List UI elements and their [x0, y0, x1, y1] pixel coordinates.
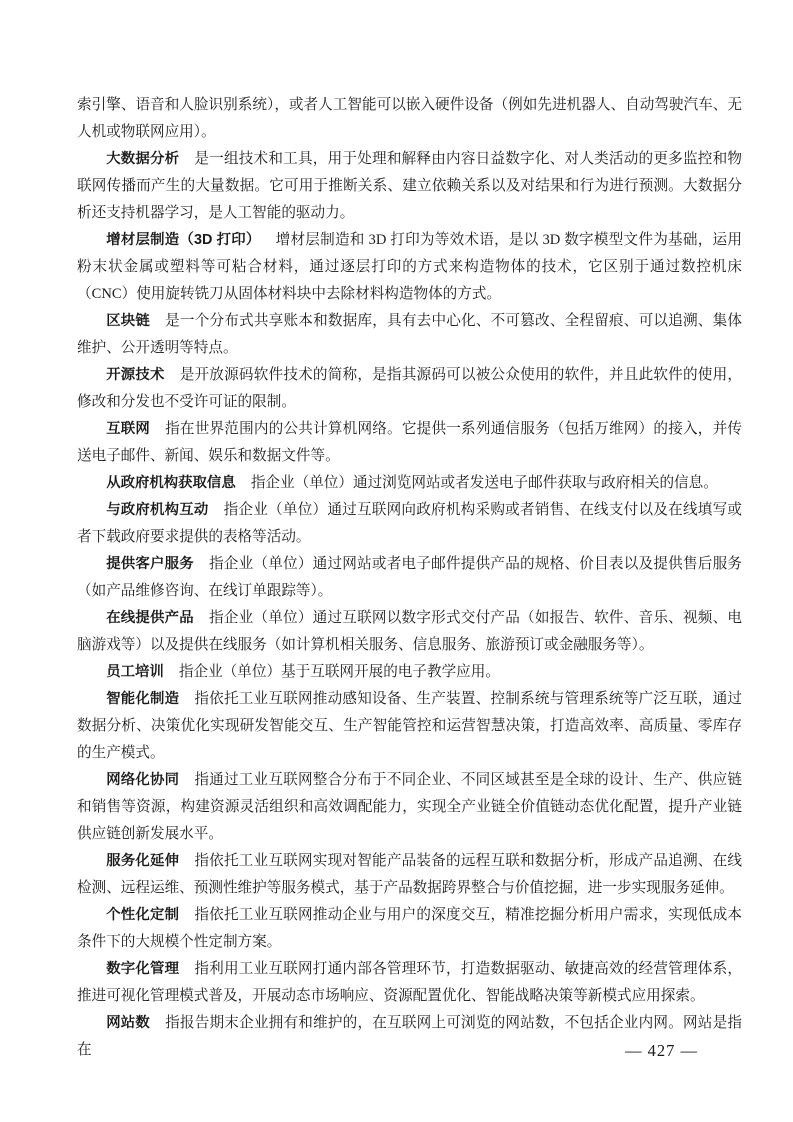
term-label: 员工培训	[106, 664, 164, 680]
term-label: 网站数	[106, 1015, 150, 1031]
term-label: 区块链	[106, 313, 150, 329]
term-label: 与政府机构互动	[106, 502, 208, 518]
continuation-text: 索引擎、语音和人脸识别系统），或者人工智能可以嵌入硬件设备（例如先进机器人、自动…	[77, 97, 742, 140]
glossary-entry: 网络化协同指通过工业互联网整合分布于不同企业、不同区域甚至是全球的设计、生产、供…	[77, 767, 742, 848]
term-label: 大数据分析	[106, 151, 179, 167]
term-label: 从政府机构获取信息	[106, 475, 236, 491]
glossary-entry: 在线提供产品指企业（单位）通过互联网以数字形式交付产品（如报告、软件、音乐、视频…	[77, 605, 742, 659]
glossary-entry: 互联网指在世界范围内的公共计算机网络。它提供一系列通信服务（包括万维网）的接入，…	[77, 416, 742, 470]
glossary-entry: 大数据分析是一组技术和工具，用于处理和解释由内容日益数字化、对人类活动的更多监控…	[77, 146, 742, 227]
term-label: 数字化管理	[106, 961, 179, 977]
term-label: 提供客户服务	[106, 556, 194, 572]
term-definition: 指企业（单位）通过浏览网站或者发送电子邮件获取与政府相关的信息。	[251, 475, 718, 491]
term-label: 开源技术	[106, 367, 164, 383]
glossary-text-block: 索引擎、语音和人脸识别系统），或者人工智能可以嵌入硬件设备（例如先进机器人、自动…	[77, 92, 742, 1064]
term-definition: 是开放源码软件技术的简称，是指其源码可以被公众使用的软件，并且此软件的使用，修改…	[77, 367, 742, 410]
glossary-entry: 开源技术是开放源码软件技术的简称，是指其源码可以被公众使用的软件，并且此软件的使…	[77, 362, 742, 416]
term-label: 智能化制造	[106, 691, 179, 707]
glossary-entry: 与政府机构互动指企业（单位）通过互联网向政府机构采购或者销售、在线支付以及在线填…	[77, 497, 742, 551]
term-definition: 指在世界范围内的公共计算机网络。它提供一系列通信服务（包括万维网）的接入，并传送…	[77, 421, 742, 464]
term-definition: 指企业（单位）基于互联网开展的电子教学应用。	[179, 664, 500, 680]
page-number: — 427 —	[625, 1041, 698, 1060]
glossary-entry: 增材层制造（3D 打印）增材层制造和 3D 打印为等效术语，是以 3D 数字模型…	[77, 227, 742, 308]
term-label: 个性化定制	[106, 907, 179, 923]
glossary-entry: 提供客户服务指企业（单位）通过网站或者电子邮件提供产品的规格、价目表以及提供售后…	[77, 551, 742, 605]
glossary-entry: 数字化管理指利用工业互联网打通内部各管理环节，打造数据驱动、敏捷高效的经营管理体…	[77, 956, 742, 1010]
glossary-entry: 从政府机构获取信息指企业（单位）通过浏览网站或者发送电子邮件获取与政府相关的信息…	[77, 470, 742, 497]
glossary-entry: 员工培训指企业（单位）基于互联网开展的电子教学应用。	[77, 659, 742, 686]
document-page: 索引擎、语音和人脸识别系统），或者人工智能可以嵌入硬件设备（例如先进机器人、自动…	[0, 0, 793, 1122]
continuation-paragraph: 索引擎、语音和人脸识别系统），或者人工智能可以嵌入硬件设备（例如先进机器人、自动…	[77, 92, 742, 146]
glossary-entry: 区块链是一个分布式共享账本和数据库，具有去中心化、不可篡改、全程留痕、可以追溯、…	[77, 308, 742, 362]
glossary-entry: 服务化延伸指依托工业互联网实现对智能产品装备的远程互联和数据分析，形成产品追溯、…	[77, 848, 742, 902]
term-definition: 是一个分布式共享账本和数据库，具有去中心化、不可篡改、全程留痕、可以追溯、集体维…	[77, 313, 742, 356]
glossary-entry: 个性化定制指依托工业互联网推动企业与用户的深度交互，精准挖掘分析用户需求，实现低…	[77, 902, 742, 956]
term-label: 在线提供产品	[106, 610, 194, 626]
glossary-entry: 智能化制造指依托工业互联网推动感知设备、生产装置、控制系统与管理系统等广泛互联，…	[77, 686, 742, 767]
term-label: 网络化协同	[106, 772, 179, 788]
page-footer: — 427 —	[625, 1040, 698, 1062]
term-label: 增材层制造（3D 打印）	[106, 232, 260, 248]
term-label: 互联网	[106, 421, 150, 437]
term-label: 服务化延伸	[106, 853, 179, 869]
